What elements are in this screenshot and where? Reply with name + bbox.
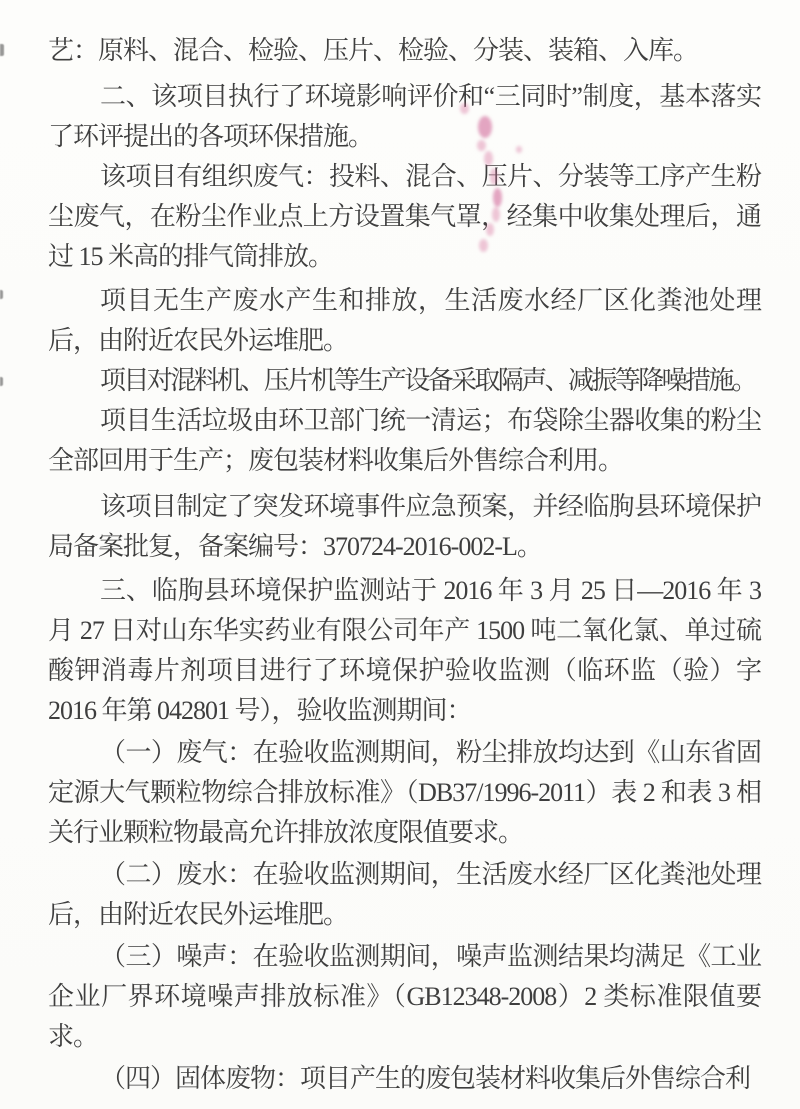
edge-smudge	[0, 290, 3, 299]
paragraph-organized-exhaust: 该项目有组织废气：投料、混合、压片、分装等工序产生粉尘废气，在粉尘作业点上方设置…	[48, 157, 761, 277]
edge-smudge	[0, 377, 3, 386]
pink-stain-speck	[492, 207, 500, 222]
pink-stain-speck	[493, 188, 502, 207]
document-body-text: 艺：原料、混合、检验、压片、检验、分装、装箱、入库。 二、该项目执行了环境影响评…	[48, 31, 761, 1099]
paragraph-item-2-water: （二）废水：在验收监测期间，生活废水经厂区化粪池处理后，由附近农民外运堆肥。	[48, 855, 761, 935]
paragraph-emergency-plan: 该项目制定了突发环境事件应急预案，并经临朐县环境保护局备案批复，备案编号：370…	[48, 487, 761, 567]
paragraph-section-3: 三、临朐县环境保护监测站于 2016 年 3 月 25 日—2016 年 3 月…	[48, 571, 761, 731]
pink-stain-speck	[516, 146, 522, 153]
edge-smudge	[0, 44, 4, 56]
paragraph-solid-waste: 项目生活垃圾由环卫部门统一清运；布袋除尘器收集的粉尘全部回用于生产；废包装材料收…	[48, 401, 761, 481]
pink-stain-speck	[478, 116, 492, 138]
paragraph-process-steps: 艺：原料、混合、检验、压片、检验、分装、装箱、入库。	[48, 31, 761, 71]
scanned-document-page: 艺：原料、混合、检验、压片、检验、分装、装箱、入库。 二、该项目执行了环境影响评…	[0, 0, 800, 1109]
pink-stain-speck	[490, 168, 498, 185]
pink-stain-speck	[477, 140, 486, 151]
pink-stain-speck	[486, 223, 494, 236]
paragraph-item-4-solid: （四）固体废物：项目产生的废包装材料收集后外售综合利	[48, 1059, 761, 1099]
pink-stain-speck	[460, 103, 469, 114]
paragraph-item-1-gas: （一）废气：在验收监测期间，粉尘排放均达到《山东省固定源大气颗粒物综合排放标准》…	[48, 733, 761, 853]
paragraph-section-2: 二、该项目执行了环境影响评价和“三同时”制度，基本落实了环评提出的各项环保措施。	[48, 77, 761, 157]
paragraph-wastewater: 项目无生产废水产生和排放，生活废水经厂区化粪池处理后，由附近农民外运堆肥。	[48, 281, 761, 361]
paragraph-item-3-noise: （三）噪声：在验收监测期间，噪声监测结果均满足《工业企业厂界环境噪声排放标准》（…	[48, 937, 761, 1057]
pink-stain-speck	[484, 151, 493, 166]
paragraph-noise-measures: 项目对混料机、压片机等生产设备采取隔声、减振等降噪措施。	[48, 361, 761, 401]
pink-stain-speck	[479, 239, 488, 252]
